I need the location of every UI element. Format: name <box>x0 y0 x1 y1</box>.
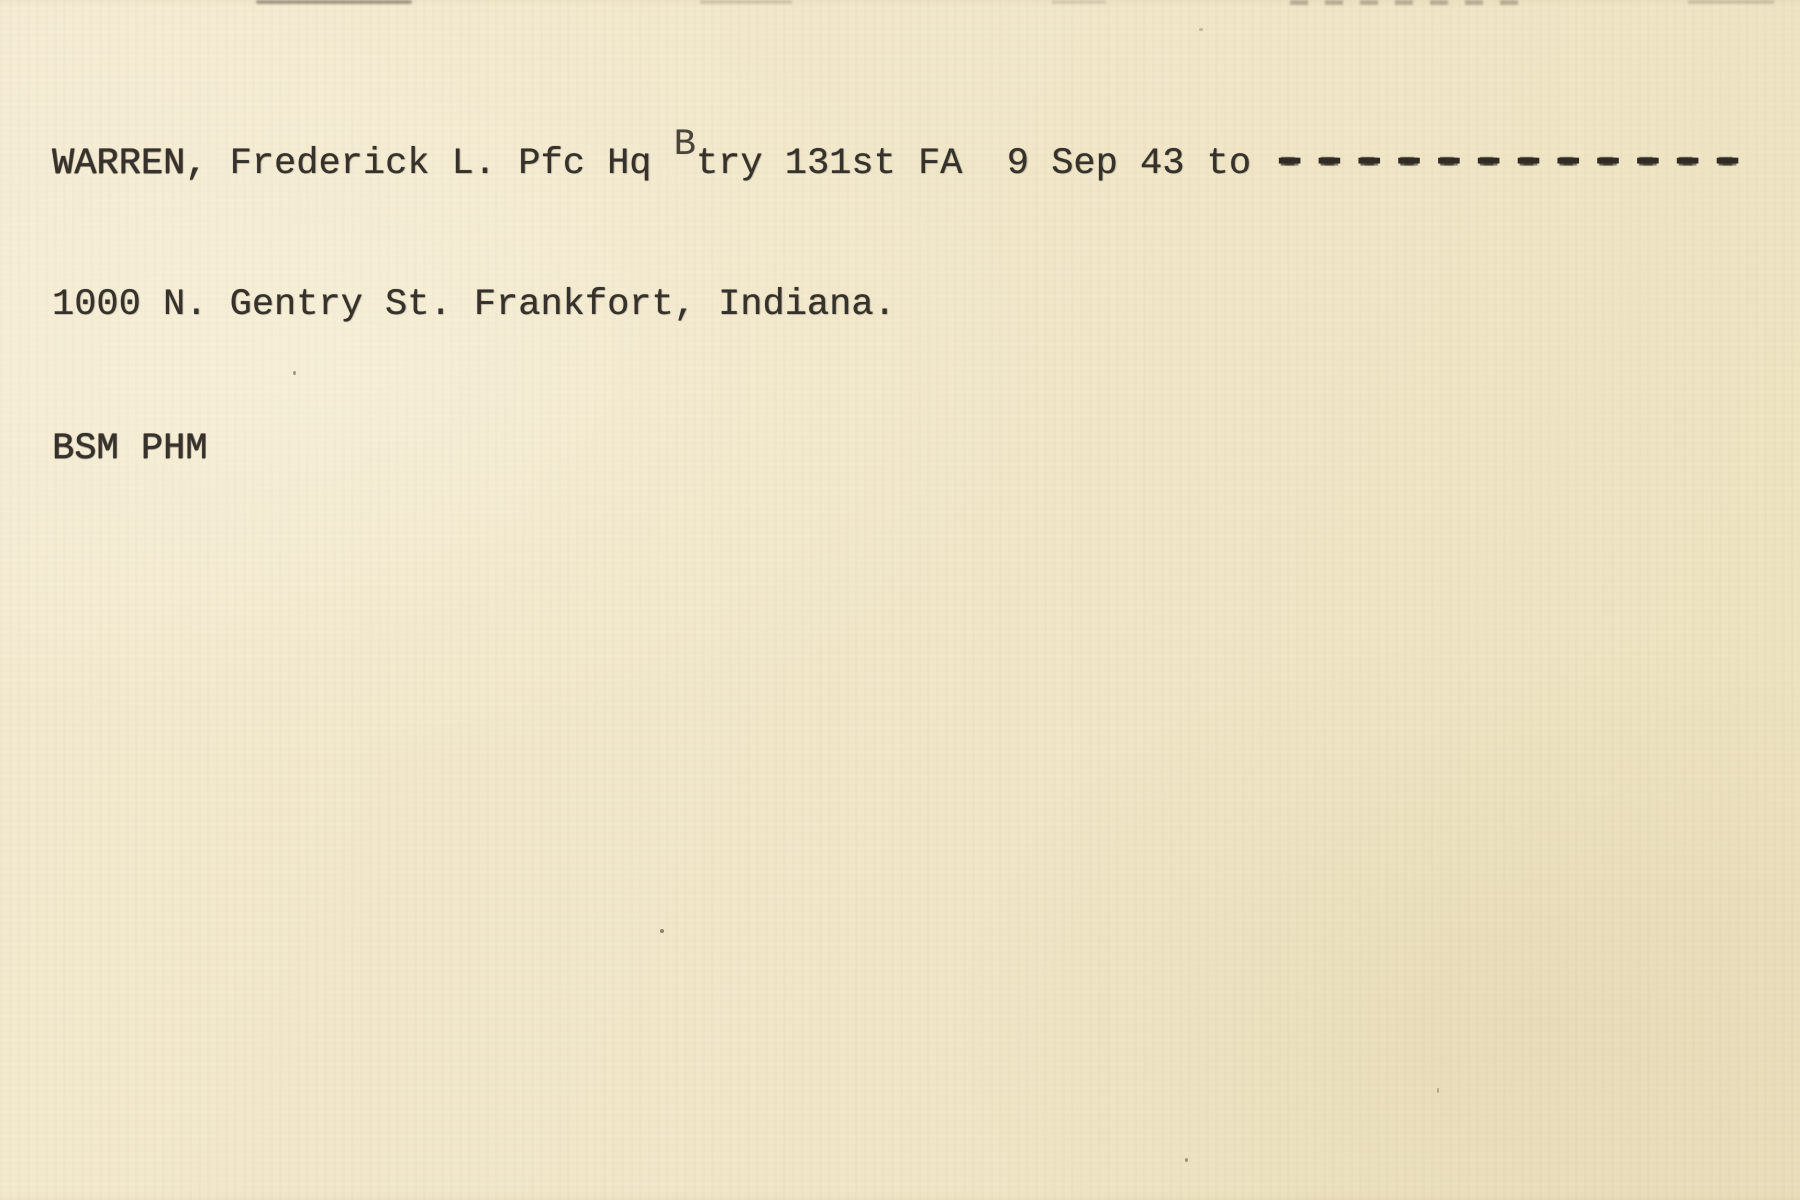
typed-text-block: WARREN, Frederick L. Pfc Hq Btry 131st F… <box>52 41 1751 569</box>
paper-speck <box>1185 1158 1188 1162</box>
top-edge-smudge <box>1052 0 1106 4</box>
name-rank-unit-text: Frederick L. Pfc Hq <box>207 143 673 185</box>
top-edge-smudge <box>256 0 412 4</box>
surname-text: WARREN, <box>52 143 207 185</box>
index-card-scan: WARREN, Frederick L. Pfc Hq Btry 131st F… <box>0 0 1800 1200</box>
top-edge-smudge <box>700 0 792 4</box>
address-line: 1000 N. Gentry St. Frankfort, Indiana. <box>52 281 1751 329</box>
paper-speck <box>660 929 664 933</box>
top-edge-ghost-dashes <box>1290 0 1530 5</box>
service-record-line: WARREN, Frederick L. Pfc Hq Btry 131st F… <box>52 137 1751 185</box>
paper-speck <box>1199 28 1203 31</box>
top-edge-smudge <box>1688 0 1774 4</box>
separator-dashes: ------------ <box>1273 134 1751 188</box>
paper-speck <box>1437 1088 1439 1093</box>
unit-date-text: try 131st FA 9 Sep 43 to <box>696 143 1273 185</box>
superscript-b: B <box>674 121 696 169</box>
awards-line: BSM PHM <box>52 425 1751 473</box>
